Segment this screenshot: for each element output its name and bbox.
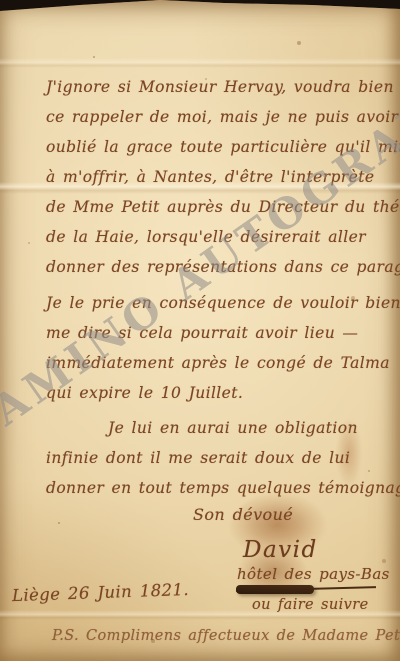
body-line: oublié la grace toute particulière qu'il… <box>46 132 398 162</box>
address-line: hôtel des pays-Bas <box>237 565 390 583</box>
body-line: immédiatement après le congé de Talma <box>46 348 398 378</box>
crossed-out-scribble <box>236 585 314 594</box>
paper-fold-crease <box>0 58 400 68</box>
postscript: P.S. Complimens affectueux de Madame Pet… <box>52 628 400 644</box>
body-line: me dire si cela pourrait avoir lieu — <box>46 318 398 348</box>
body-line: donner en tout temps quelques témoignage… <box>46 473 398 503</box>
body-line: Je le prie en conséquence de vouloir bie… <box>46 288 398 318</box>
body-line: J'ignore si Monsieur Hervay, voudra bien <box>46 72 398 102</box>
dateline: Liège 26 Juin 1821. <box>12 580 190 605</box>
body-line: qui expire le 10 Juillet. <box>46 378 398 408</box>
signature: David <box>243 537 318 563</box>
letter-body: J'ignore si Monsieur Hervay, voudra bien… <box>46 72 398 503</box>
body-line: donner des représentations dans ce parag… <box>46 252 398 282</box>
body-line: de la Haie, lorsqu'elle désirerait aller <box>46 222 398 252</box>
body-line: Je lui en aurai une obligation <box>46 413 398 443</box>
body-line: infinie dont il me serait doux de lui <box>46 443 398 473</box>
paper-foxing-specks <box>0 0 2 2</box>
body-line: à m'offrir, à Nantes, d'être l'interprèt… <box>46 162 398 192</box>
body-line: de Mme Petit auprès du Directeur du théâ… <box>46 192 398 222</box>
forward-note: ou faire suivre <box>252 597 369 613</box>
valediction: Son dévoué <box>193 505 293 524</box>
letter-photo: J'ignore si Monsieur Hervay, voudra bien… <box>0 0 400 661</box>
letter-paper: J'ignore si Monsieur Hervay, voudra bien… <box>0 0 400 661</box>
body-line: ce rappeler de moi, mais je ne puis avoi… <box>46 102 398 132</box>
